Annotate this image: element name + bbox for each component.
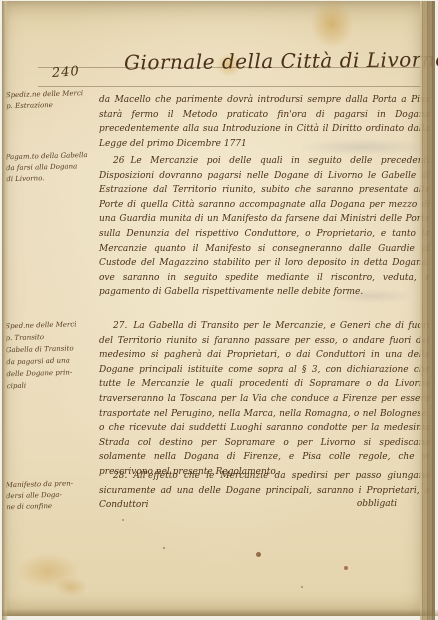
paragraph-26: 26Le Mercanzie poi delle quali in seguit… <box>99 154 430 300</box>
paragraph-text: La Gabella di Transito per le Mercanzie,… <box>99 321 430 477</box>
paragraph-text: da Macello che parimente dovrà introdurs… <box>99 95 430 149</box>
foxing-spot <box>344 566 348 570</box>
margin-note-pagamento-gabella: Pagam.to della Gabella da farsi alla Dog… <box>6 150 99 185</box>
page-bottom-edge <box>2 609 438 616</box>
page-left-edge <box>2 1 8 620</box>
manuscript-scan: 240 Giornale della Città di Livorno Sped… <box>0 0 438 620</box>
foxing-spot <box>301 586 303 588</box>
manuscript-page: 240 Giornale della Città di Livorno Sped… <box>2 1 435 616</box>
foxing-spot <box>122 519 124 521</box>
catchword: obbligati <box>342 499 412 509</box>
paragraph-number: 26 <box>113 156 124 166</box>
paragraph-number: 28. <box>113 471 127 481</box>
paper-stain <box>16 553 80 589</box>
margin-note-estrazione: Spediz.ne delle Merci p. Estrazione <box>6 88 99 112</box>
paper-stain <box>54 577 88 597</box>
page-title: Giornale della Città di Livorno <box>124 47 414 74</box>
foxing-spot <box>163 547 165 549</box>
margin-note-transito: Sped.ne delle Merci p. Transito Gabella … <box>5 318 99 392</box>
margin-note-manifesto: Manifesto da pren- dersi alle Doga- ne d… <box>6 478 99 513</box>
paragraph-number: 27. <box>113 321 127 331</box>
book-page-edges <box>420 1 435 620</box>
foxing-spot <box>256 552 261 557</box>
paragraph-27: 27.La Gabella di Transito per le Mercanz… <box>99 319 430 480</box>
page-number: 240 <box>52 64 81 81</box>
paragraph-continuation: da Macello che parimente dovrà introdurs… <box>99 93 430 151</box>
paper-stain <box>310 0 354 49</box>
paragraph-text: Le Mercanzie poi delle quali in seguito … <box>99 156 430 297</box>
